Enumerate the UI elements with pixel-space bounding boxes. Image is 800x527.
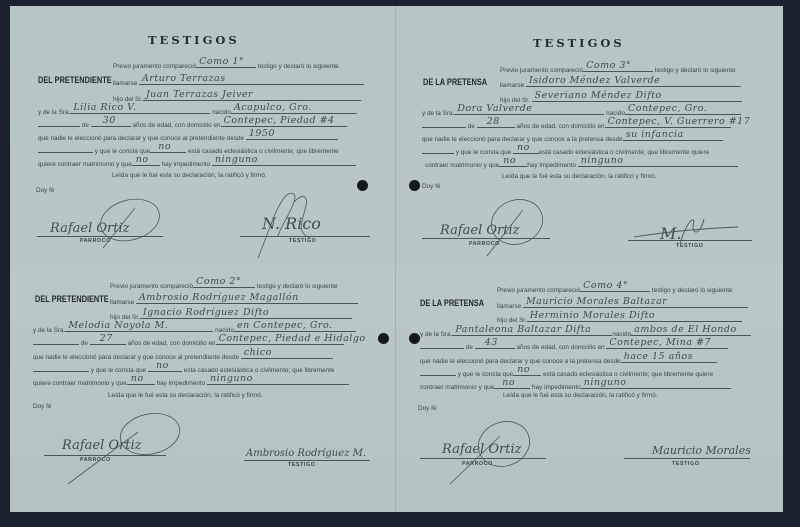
impedimento-line: contraer matrimonio y quenohay impedimen… (425, 157, 738, 169)
father-field[interactable]: Herminio Morales Difto (527, 312, 742, 322)
handwriting: Contepec, V. Guerrero #17 (608, 116, 751, 127)
punch-hole (357, 180, 368, 191)
label: hay impedimento (162, 161, 211, 168)
signature-flourish (485, 198, 555, 258)
handwriting: no (502, 377, 515, 388)
handwriting: su infancia (626, 129, 684, 140)
handwriting: ninguno (584, 377, 627, 388)
blank-field[interactable] (33, 362, 89, 372)
mother-field[interactable]: Dora Valverde (454, 105, 604, 115)
label: contraer matrimonio y que (425, 162, 499, 169)
blank-field[interactable] (420, 339, 464, 349)
married-field[interactable]: no (148, 362, 182, 372)
handwriting: no (503, 155, 516, 166)
label: contraer matrimonio y que (420, 384, 494, 391)
label: hijo del Sr. (497, 317, 527, 324)
comparecio-line: Previo juramento comparecióComo 4° testi… (497, 282, 733, 294)
llamarse-line: llamarse Ambrosio Rodríguez Magallón (110, 294, 358, 306)
parroco-label: PARROCO (80, 457, 111, 463)
address-field[interactable]: Contepec, Piedad #4 (221, 117, 347, 127)
label: testigo y declaró lo siguiente (258, 63, 339, 70)
married-field[interactable]: no (513, 144, 539, 154)
doy-fe-label: Doy fé (36, 187, 54, 194)
handwriting: Mauricio Morales Baltazar (526, 296, 667, 307)
blank-field[interactable] (38, 117, 80, 127)
married-field[interactable]: no (513, 366, 541, 376)
handwriting: Como 3° (586, 60, 631, 71)
handwriting: Herminio Morales Difto (530, 310, 655, 321)
punch-hole (409, 333, 420, 344)
testigo-signature: Ambrosio Rodríguez M. (246, 448, 366, 459)
handwriting: Isidoro Méndez Valverde (529, 75, 660, 86)
label: Previo juramento compareció (500, 67, 583, 74)
comparecio-field[interactable]: Como 1° (196, 58, 256, 68)
birthplace-field[interactable]: ambos de El Hondo (631, 326, 751, 336)
edad-line: de 28 años de edad, con domicilio enCont… (422, 118, 731, 130)
leida-statement: Leída que le fué esta su declaración, la… (502, 173, 657, 180)
handwriting: Lilia Rico V. (73, 102, 136, 113)
impediment-no-field[interactable]: no (127, 375, 155, 385)
leida-statement: Leída que le fué esta su declaración, la… (503, 392, 658, 399)
handwriting: Dora Valverde (457, 103, 532, 114)
handwriting: no (517, 142, 530, 153)
birthplace-field[interactable]: Acapulco, Gro. (231, 104, 357, 114)
edad-line: de 27 años de edad, con domicilio enCont… (33, 335, 344, 347)
label: de (81, 340, 88, 347)
father-field[interactable]: Severiano Méndez Difto (532, 92, 742, 102)
llamarse-field[interactable]: Arturo Terrazas (139, 75, 364, 85)
page-fold (395, 6, 396, 512)
label: quiere contraer matrimonio y que (33, 380, 127, 387)
doy-fe-label: Doy fé (33, 403, 51, 410)
desde-line: que nadie le eleccionó para declarar y q… (38, 130, 338, 142)
testigo-label: TESTIGO (288, 462, 315, 468)
handwriting: no (156, 360, 169, 371)
label: de (82, 122, 89, 129)
address-field[interactable]: Contepec, Piedad e Hidalgo (216, 335, 344, 345)
edad-line: de 43 años de edad, con domicilio en Con… (420, 339, 728, 351)
impediment-no-field[interactable]: no (499, 157, 527, 167)
blank-field[interactable] (422, 144, 454, 154)
label: está casado eclesiástica o civilmente; q… (543, 371, 713, 378)
handwriting: Ambrosio Rodríguez Magallón (139, 292, 299, 303)
age-field[interactable]: 27 (90, 335, 126, 345)
doy-fe-label: Doy fé (418, 405, 436, 412)
label: Previo juramento compareció (113, 63, 196, 70)
since-field[interactable]: 1950 (246, 130, 338, 140)
side-label: DE LA PRETENSA (423, 77, 487, 87)
handwriting: 27 (100, 333, 113, 344)
label: Previo juramento compareció (497, 287, 580, 294)
handwriting: ninguno (215, 154, 258, 165)
label: está casado eclesiástica o civilmente; q… (188, 148, 339, 155)
handwriting: Arturo Terrazas (142, 73, 226, 84)
llamarse-field[interactable]: Isidoro Méndez Valverde (526, 77, 741, 87)
blank-field[interactable] (33, 335, 79, 345)
handwriting: chico (244, 347, 272, 358)
hijo-line: hijo del Sr.Herminio Morales Difto (497, 312, 742, 324)
impedimento-line: contraer matrimonio y queno hay impedime… (420, 379, 731, 391)
label: testigo y declaró lo siguiente (652, 287, 733, 294)
signature-flourish (108, 412, 188, 472)
llamarse-line: llamarse Arturo Terrazas (113, 75, 364, 87)
llamarse-field[interactable]: Mauricio Morales Baltazar (523, 298, 748, 308)
label: testigo y declaró lo siguiente (257, 283, 338, 290)
signature-flourish (95, 198, 165, 250)
label: está casado eclesiástica o civilmente; q… (184, 367, 335, 374)
address-field[interactable]: Contepec, V. Guerrero #17 (605, 118, 731, 128)
consta-line: y que le consta queno está casado eclesi… (420, 366, 713, 378)
father-field[interactable]: Ignacio Rodríguez Difto (140, 309, 352, 319)
doy-fe-label: Doy fé (422, 183, 440, 190)
handwriting: Pantaleona Baltazar Difta (455, 324, 591, 335)
handwriting: Como 1° (199, 56, 244, 67)
impediment-field[interactable]: ninguno (578, 157, 738, 167)
impediment-field[interactable]: ninguno (581, 379, 731, 389)
label: testigo y declaró lo siguiente (655, 67, 736, 74)
label: años de edad, con domicilio en (516, 123, 604, 130)
comparecio-field[interactable]: Como 2° (193, 278, 255, 288)
birthplace-field[interactable]: Contepec, Gro. (625, 105, 741, 115)
blank-field[interactable] (420, 366, 456, 376)
handwriting: Severiano Méndez Difto (535, 90, 662, 101)
since-field[interactable]: hace 15 años (621, 353, 717, 363)
consta-line: y que le consta que no está casado ecles… (33, 362, 334, 374)
handwriting: 28 (487, 116, 500, 127)
testigo-signature-line (244, 460, 370, 461)
handwriting: Contepec, Piedad e Hidalgo (219, 333, 366, 344)
edad-line: de 30 años de edad, con domicilio enCont… (38, 117, 347, 129)
handwriting: hace 15 años (624, 351, 693, 362)
blank-field[interactable] (38, 143, 93, 153)
handwriting: 30 (103, 115, 116, 126)
handwriting: Acapulco, Gro. (234, 102, 312, 113)
impediment-no-field[interactable]: no (132, 156, 160, 166)
desde-line: que nadie le eleccionó para declarar y q… (422, 131, 723, 143)
address-field[interactable]: Contepec, Mina #7 (606, 339, 728, 349)
label: que nadie le eleccionó para declarar y q… (33, 354, 239, 361)
impedimento-line: quiere contraer matrimonio y queno hay i… (33, 375, 349, 387)
llamarse-line: llamarse Mauricio Morales Baltazar (497, 298, 748, 310)
married-field[interactable]: no (150, 143, 186, 153)
label: que nadie le eleccionó para declarar y q… (38, 135, 244, 142)
page-title-right: TESTIGOS (533, 36, 625, 50)
label: quiere contraer matrimonio y que (38, 161, 132, 168)
handwriting: en Contepec, Gro. (237, 320, 333, 331)
handwriting: ninguno (581, 155, 624, 166)
since-field[interactable]: su infancia (623, 131, 723, 141)
handwriting: Ignacio Rodríguez Difto (143, 307, 269, 318)
testigo-signature-line (624, 458, 750, 459)
comparecio-field[interactable]: Como 4° (580, 282, 650, 292)
mother-field[interactable]: Pantaleona Baltazar Difta (452, 326, 612, 336)
side-label: DE LA PRETENSA (420, 298, 484, 308)
mother-field[interactable]: Lilia Rico V. (70, 104, 210, 114)
age-field[interactable]: 43 (475, 339, 515, 349)
handwriting: no (517, 364, 530, 375)
label: Previo juramento compareció (110, 283, 193, 290)
signature-flourish (630, 215, 740, 245)
comparecio-line: Previo juramento comparecióComo 3° testi… (500, 62, 736, 74)
label: llamarse (500, 82, 524, 89)
label: y de la Sra. (420, 331, 452, 338)
handwriting: no (131, 373, 144, 384)
comparecio-field[interactable]: Como 3° (583, 62, 653, 72)
comparecio-line: Previo juramento comparecióComo 1° testi… (113, 58, 339, 70)
handwriting: ambos de El Hondo (634, 324, 737, 335)
blank-field[interactable] (422, 118, 466, 128)
desde-line: que nadie le eleccionó para declarar y q… (33, 349, 333, 361)
punch-hole (409, 180, 420, 191)
handwriting: 1950 (249, 128, 275, 139)
impediment-no-field[interactable]: no (494, 379, 530, 389)
mother-field[interactable]: Melodia Noyola M. (65, 322, 213, 332)
desde-line: que nadie le eleccionó para declarar y q… (420, 353, 717, 365)
side-label: DEL PRETENDIENTE (38, 75, 112, 85)
handwriting: Contepec, Piedad #4 (224, 115, 335, 126)
birthplace-field[interactable]: en Contepec, Gro. (234, 322, 356, 332)
testigo-signature: Mauricio Morales (652, 444, 751, 457)
label: hay impedimento (527, 162, 576, 169)
handwriting: 43 (485, 337, 498, 348)
label: años de edad, con domicilio en (516, 344, 604, 351)
punch-hole (378, 333, 389, 344)
label: y de la Sra. (38, 109, 70, 116)
label: años de edad, con domicilio en (127, 340, 215, 347)
leida-statement: Leída que le fué esta su declaración, la… (112, 172, 267, 179)
llamarse-field[interactable]: Ambrosio Rodríguez Magallón (136, 294, 358, 304)
impedimento-line: quiere contraer matrimonio y queno hay i… (38, 156, 356, 168)
label: de (468, 123, 475, 130)
handwriting: Como 4° (583, 280, 628, 291)
label: está casado eclesiástica o civilmente; q… (539, 149, 709, 156)
handwriting: Contepec, Mina #7 (609, 337, 711, 348)
label: llamarse (110, 299, 134, 306)
signature-flourish (470, 420, 550, 490)
label: años de edad, con domicilio en (132, 122, 220, 129)
consta-line: y que le consta que noestá casado eclesi… (422, 144, 709, 156)
handwriting: Juan Terrazas Jeiver (146, 89, 253, 100)
testigo-label: TESTIGO (672, 461, 699, 467)
handwriting: no (136, 154, 149, 165)
leida-statement: Leída que le fué esta su declaración, la… (108, 392, 263, 399)
handwriting: ninguno (210, 373, 253, 384)
signature-flourish (250, 188, 330, 268)
label: y de la Sra. (422, 110, 454, 117)
label: y de la Sra. (33, 327, 65, 334)
impediment-field[interactable]: ninguno (212, 156, 356, 166)
label: llamarse (497, 303, 521, 310)
age-field[interactable]: 28 (477, 118, 515, 128)
llamarse-line: llamarse Isidoro Méndez Valverde (500, 77, 741, 89)
handwriting: Contepec, Gro. (628, 103, 707, 114)
label: llamarse (113, 80, 137, 87)
handwriting: Como 2° (196, 276, 241, 287)
label: hay impedimento (532, 384, 581, 391)
since-field[interactable]: chico (241, 349, 333, 359)
label: hay impedimento (157, 380, 206, 387)
father-field[interactable]: Juan Terrazas Jeiver (143, 91, 361, 101)
page-title-left: TESTIGOS (148, 33, 240, 47)
consta-line: y que le consta queno está casado eclesi… (38, 143, 339, 155)
label: de (466, 344, 473, 351)
impediment-field[interactable]: ninguno (207, 375, 349, 385)
handwriting: no (158, 141, 171, 152)
handwriting: Melodia Noyola M. (68, 320, 168, 331)
side-label: DEL PRETENDIENTE (35, 294, 109, 304)
comparecio-line: Previo juramento comparecióComo 2° testi… (110, 278, 338, 290)
age-field[interactable]: 30 (91, 117, 131, 127)
